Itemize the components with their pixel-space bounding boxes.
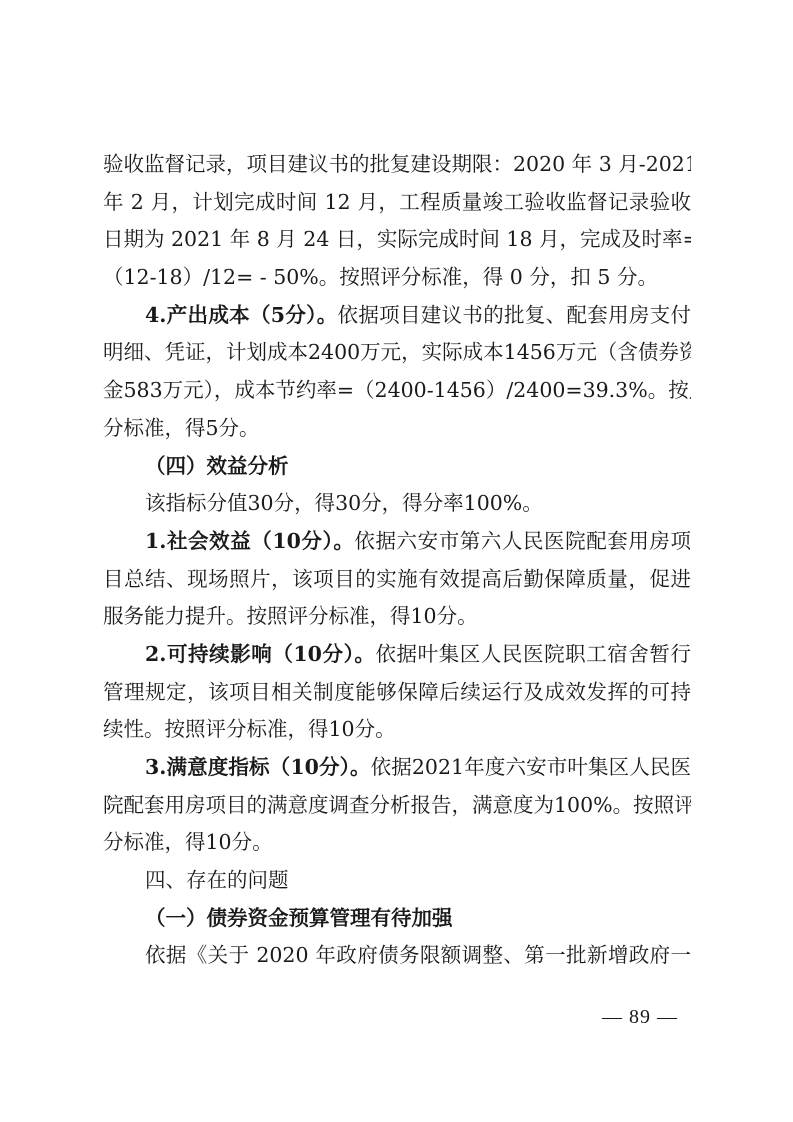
text-line: 金583万元），成本节约率=（2400-1456）/2400=39.3%。按照评 [103, 372, 691, 410]
text-line: （12-18）/12= - 50%。按照评分标准，得 0 分，扣 5 分。 [103, 259, 691, 297]
paragraph-social-benefit-first-line: 1.社会效益（10分）。依据六安市第六人民医院配套用房项 [103, 523, 691, 561]
text-line: 验收监督记录，项目建议书的批复建设期限：2020 年 3 月-2021 [103, 146, 691, 184]
text-line: 依据《关于 2020 年政府债务限额调整、第一批新增政府一 [103, 937, 691, 975]
page-number: — 89 — [600, 1006, 680, 1029]
benefit-summary: 该指标分值30分，得30分，得分率100%。 [103, 485, 691, 523]
text-line: 明细、凭证，计划成本2400万元，实际成本1456万元（含债券资 [103, 334, 691, 372]
text-line: 管理规定，该项目相关制度能够保障后续运行及成效发挥的可持 [103, 674, 691, 712]
section-heading-satisfaction: 3.满意度指标（10分）。 [145, 755, 371, 779]
section-heading-existing-problems: 四、存在的问题 [103, 862, 691, 900]
text-span: 依据2021年度六安市叶集区人民医 [371, 755, 691, 779]
text-line: 续性。按照评分标准，得10分。 [103, 711, 691, 749]
document-page-body: 验收监督记录，项目建议书的批复建设期限：2020 年 3 月-2021 年 2 … [103, 146, 691, 975]
section-heading-output-cost: 4.产出成本（5分）。 [145, 303, 338, 327]
text-line: 日期为 2021 年 8 月 24 日，实际完成时间 18 月，完成及时率= [103, 221, 691, 259]
text-line: 院配套用房项目的满意度调查分析报告，满意度为100%。按照评 [103, 787, 691, 825]
section-heading-sustainability: 2.可持续影响（10分）。 [145, 642, 375, 666]
text-line: 目总结、现场照片，该项目的实施有效提高后勤保障质量，促进 [103, 561, 691, 599]
section-heading-benefit-analysis: （四）效益分析 [103, 448, 691, 486]
text-line: 分标准，得10分。 [103, 824, 691, 862]
text-span: 依据叶集区人民医院职工宿舍暂行 [375, 642, 691, 666]
section-heading-social-benefit: 1.社会效益（10分）。 [145, 529, 354, 553]
paragraph-output-cost-first-line: 4.产出成本（5分）。依据项目建议书的批复、配套用房支付 [103, 297, 691, 335]
paragraph-sustainability-first-line: 2.可持续影响（10分）。依据叶集区人民医院职工宿舍暂行 [103, 636, 691, 674]
text-line: 服务能力提升。按照评分标准，得10分。 [103, 598, 691, 636]
text-span: 依据项目建议书的批复、配套用房支付 [338, 303, 691, 327]
text-line: 年 2 月，计划完成时间 12 月，工程质量竣工验收监督记录验收 [103, 184, 691, 222]
text-span: 依据六安市第六人民医院配套用房项 [354, 529, 691, 553]
subsection-heading-bond-budget: （一）债券资金预算管理有待加强 [103, 900, 691, 938]
text-line: 分标准，得5分。 [103, 410, 691, 448]
paragraph-satisfaction-first-line: 3.满意度指标（10分）。依据2021年度六安市叶集区人民医 [103, 749, 691, 787]
